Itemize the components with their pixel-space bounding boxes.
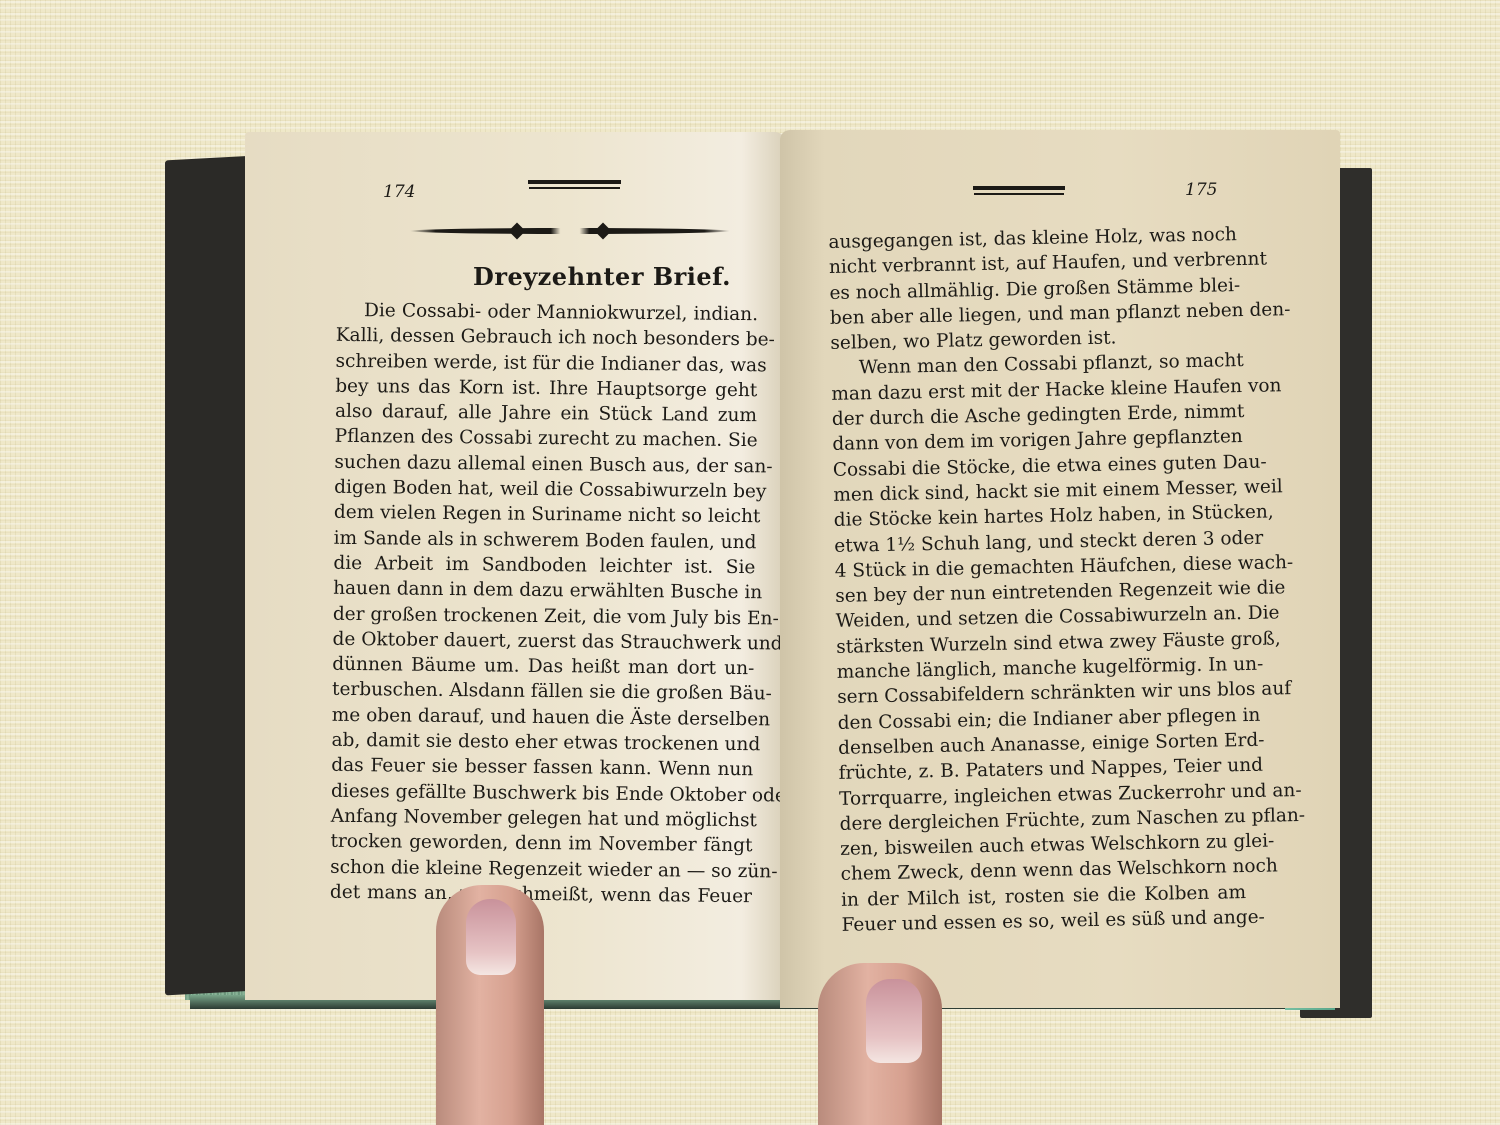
text-line: Kalli, dessen Gebrauch ich noch besonder… bbox=[336, 323, 758, 353]
ornament-diamond-right bbox=[595, 223, 612, 240]
left-page: 174 Dreyzehnter Brief. Die Cossabi- oder… bbox=[245, 132, 785, 1000]
right-page: 175 ausgegangen ist, das kleine Holz, wa… bbox=[780, 130, 1340, 1008]
text-line: das Feuer sie besser fassen kann. Wenn n… bbox=[331, 753, 753, 783]
right-finger bbox=[818, 963, 942, 1125]
chapter-ornament bbox=[410, 228, 730, 234]
left-finger bbox=[436, 885, 544, 1125]
header-rule-left bbox=[528, 180, 621, 184]
left-page-text: Die Cossabi- oder Manniokwurzel, indian.… bbox=[330, 298, 758, 910]
book-cover-left bbox=[165, 156, 255, 996]
text-line: det mans an, und schmeißt, wenn das Feue… bbox=[330, 880, 752, 910]
page-number-left: 174 bbox=[383, 182, 415, 202]
text-line: dem vielen Regen in Suriname nicht so le… bbox=[334, 500, 756, 530]
right-page-text: ausgegangen ist, das kleine Holz, was no… bbox=[828, 222, 1247, 938]
page-number-right: 175 bbox=[1185, 180, 1217, 200]
right-fingernail bbox=[866, 979, 922, 1063]
text-line: trocken geworden, denn im November fängt bbox=[330, 829, 752, 859]
header-rule-right bbox=[973, 186, 1065, 190]
text-line: hauen dann in dem dazu erwählten Busche … bbox=[333, 576, 755, 606]
left-fingernail bbox=[466, 899, 516, 975]
chapter-title: Dreyzehnter Brief. bbox=[473, 262, 731, 291]
ornament-diamond-left bbox=[509, 223, 526, 240]
